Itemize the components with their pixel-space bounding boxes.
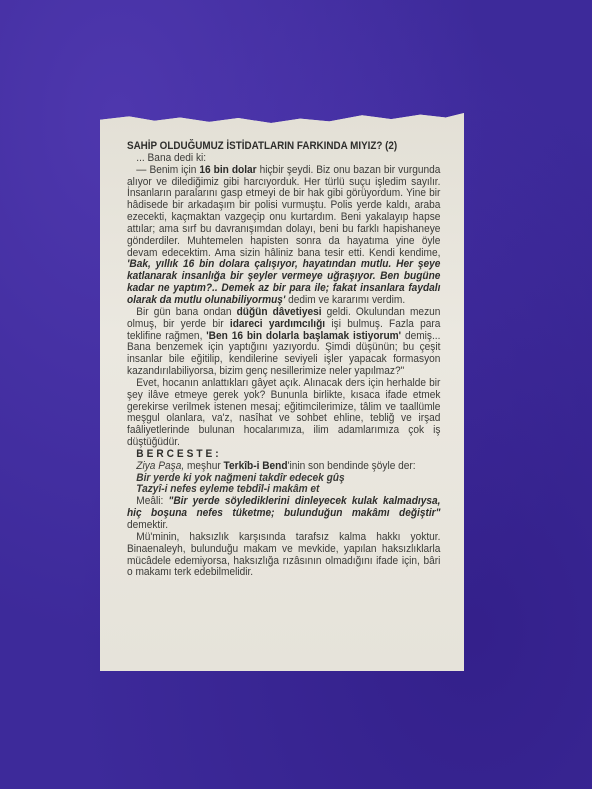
berceste-author: Ziya Paşa, [136,460,184,472]
newspaper-clipping: SAHİP OLDUĞUMUZ İSTİDATLARIN FARKINDA MI… [100,113,464,671]
meal-text: "Bir yerde söylediklerini dinleyecek kul… [127,495,440,519]
meal-end: demektir. [127,519,168,531]
p2-bold-quote: 'Ben 16 bin dolarla başlamak istiyorum' [206,330,401,342]
p1-bold-amount: 16 bin dolar [199,164,256,176]
berceste-work: Terkîb-i Bend [224,460,288,472]
berceste-intro-a: meşhur [184,460,223,472]
paragraph-2: Bir gün bana ondan düğün dâvetiyesi geld… [127,307,440,378]
p2-bold-job: idareci yardımcılığı [230,318,325,330]
p1-text-e: dedim ve kararımı verdim. [285,294,405,306]
p2-text-a: Bir gün bana ondan [136,306,236,318]
meal-label: Meâli: [136,495,168,507]
paragraph-3: Evet, hocanın anlattıkları gâyet açık. A… [127,378,440,449]
berceste-intro-b: 'inin son bendinde şöyle der: [288,460,416,472]
intro-text: ... Bana dedi ki: [136,152,206,164]
paragraph-1: — Benim için 16 bin dolar hiçbir şeydi. … [127,165,440,307]
berceste-intro: Ziya Paşa, meşhur Terkîb-i Bend'inin son… [127,461,440,473]
paragraph-4: Mü'minin, haksızlık karşısında tarafsız … [127,532,440,579]
p2-bold-invitation: düğün dâvetiyesi [237,306,322,318]
berceste-meaning: Meâli: "Bir yerde söylediklerini dinleye… [127,496,440,532]
p1-text-a: — Benim için [136,164,199,176]
p1-text-c: hiçbir şeydi. Biz onu bazan bir vurgunda… [127,164,440,259]
article-body: SAHİP OLDUĞUMUZ İSTİDATLARIN FARKINDA MI… [127,141,440,579]
